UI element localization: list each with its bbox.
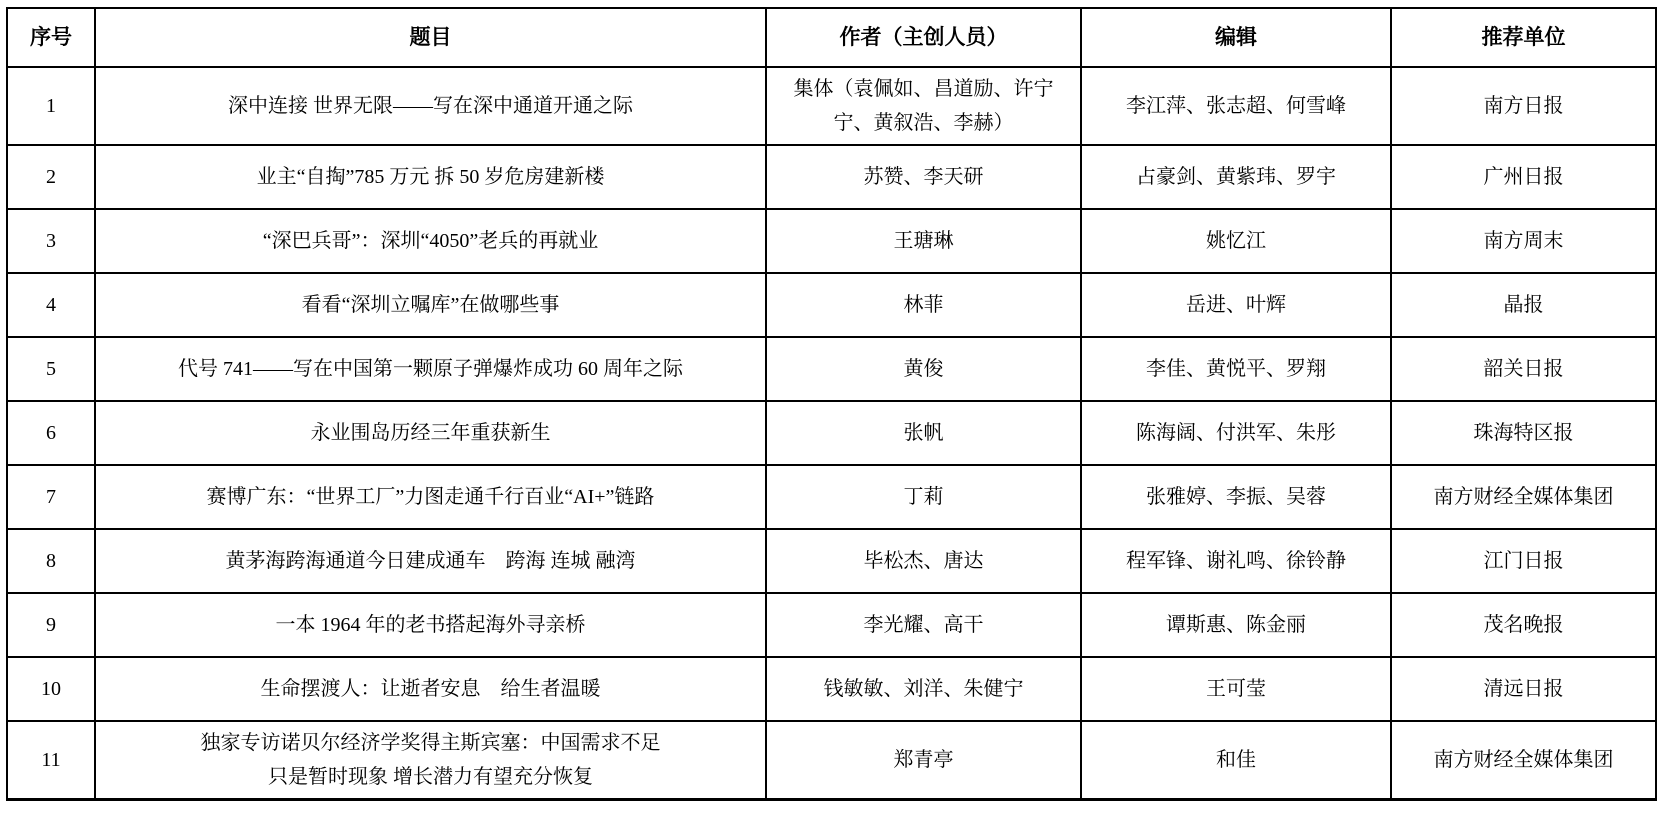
authors-cell: 集体（袁佩如、昌道励、许宁宁、黄叙浩、李赫） — [766, 67, 1081, 145]
table-row: 11独家专访诺贝尔经济学奖得主斯宾塞：中国需求不足 只是暂时现象 增长潜力有望充… — [7, 721, 1656, 800]
editors-cell: 谭斯惠、陈金丽 — [1081, 593, 1391, 657]
title-cell: “深巴兵哥”：深圳“4050”老兵的再就业 — [95, 209, 766, 273]
authors-cell: 毕松杰、唐达 — [766, 529, 1081, 593]
unit-cell: 茂名晚报 — [1391, 593, 1656, 657]
unit-cell: 南方日报 — [1391, 67, 1656, 145]
column-header-title: 题目 — [95, 8, 766, 67]
editors-cell: 李佳、黄悦平、罗翔 — [1081, 337, 1391, 401]
editors-cell: 李江萍、张志超、何雪峰 — [1081, 67, 1391, 145]
unit-cell: 江门日报 — [1391, 529, 1656, 593]
table-row: 3“深巴兵哥”：深圳“4050”老兵的再就业王瑭琳姚忆江南方周末 — [7, 209, 1656, 273]
no-cell: 6 — [7, 401, 95, 465]
recommended-works-table: 序号题目作者（主创人员）编辑推荐单位 1深中连接 世界无限——写在深中通道开通之… — [6, 7, 1657, 801]
title-cell: 一本 1964 年的老书搭起海外寻亲桥 — [95, 593, 766, 657]
no-cell: 3 — [7, 209, 95, 273]
no-cell: 1 — [7, 67, 95, 145]
table-row: 9一本 1964 年的老书搭起海外寻亲桥李光耀、高干谭斯惠、陈金丽茂名晚报 — [7, 593, 1656, 657]
editors-cell: 程军锋、谢礼鸣、徐铃静 — [1081, 529, 1391, 593]
title-cell: 生命摆渡人：让逝者安息 给生者温暖 — [95, 657, 766, 721]
table-row: 10生命摆渡人：让逝者安息 给生者温暖钱敏敏、刘洋、朱健宁王可莹清远日报 — [7, 657, 1656, 721]
editors-cell: 王可莹 — [1081, 657, 1391, 721]
editors-cell: 占豪剑、黄紫玮、罗宇 — [1081, 145, 1391, 209]
authors-cell: 郑青亭 — [766, 721, 1081, 800]
unit-cell: 韶关日报 — [1391, 337, 1656, 401]
no-cell: 5 — [7, 337, 95, 401]
column-header-unit: 推荐单位 — [1391, 8, 1656, 67]
table-row: 4看看“深圳立嘱库”在做哪些事林菲岳进、叶辉晶报 — [7, 273, 1656, 337]
authors-cell: 黄俊 — [766, 337, 1081, 401]
authors-cell: 王瑭琳 — [766, 209, 1081, 273]
unit-cell: 广州日报 — [1391, 145, 1656, 209]
authors-cell: 林菲 — [766, 273, 1081, 337]
table-header-row: 序号题目作者（主创人员）编辑推荐单位 — [7, 8, 1656, 67]
unit-cell: 晶报 — [1391, 273, 1656, 337]
title-cell: 赛博广东：“世界工厂”力图走通千行百业“AI+”链路 — [95, 465, 766, 529]
column-header-editors: 编辑 — [1081, 8, 1391, 67]
table-row: 2业主“自掏”785 万元 拆 50 岁危房建新楼苏赞、李天研占豪剑、黄紫玮、罗… — [7, 145, 1656, 209]
editors-cell: 岳进、叶辉 — [1081, 273, 1391, 337]
title-cell: 看看“深圳立嘱库”在做哪些事 — [95, 273, 766, 337]
no-cell: 8 — [7, 529, 95, 593]
no-cell: 11 — [7, 721, 95, 800]
no-cell: 10 — [7, 657, 95, 721]
title-cell: 业主“自掏”785 万元 拆 50 岁危房建新楼 — [95, 145, 766, 209]
authors-cell: 苏赞、李天研 — [766, 145, 1081, 209]
authors-cell: 张帆 — [766, 401, 1081, 465]
document-page: 序号题目作者（主创人员）编辑推荐单位 1深中连接 世界无限——写在深中通道开通之… — [0, 0, 1661, 836]
unit-cell: 南方周末 — [1391, 209, 1656, 273]
no-cell: 7 — [7, 465, 95, 529]
title-cell: 独家专访诺贝尔经济学奖得主斯宾塞：中国需求不足 只是暂时现象 增长潜力有望充分恢… — [95, 721, 766, 800]
title-cell: 黄茅海跨海通道今日建成通车 跨海 连城 融湾 — [95, 529, 766, 593]
editors-cell: 和佳 — [1081, 721, 1391, 800]
table-row: 6永业围岛历经三年重获新生张帆陈海阔、付洪军、朱彤珠海特区报 — [7, 401, 1656, 465]
table-row: 1深中连接 世界无限——写在深中通道开通之际集体（袁佩如、昌道励、许宁宁、黄叙浩… — [7, 67, 1656, 145]
title-cell: 代号 741——写在中国第一颗原子弹爆炸成功 60 周年之际 — [95, 337, 766, 401]
table-row: 7赛博广东：“世界工厂”力图走通千行百业“AI+”链路丁莉张雅婷、李振、吴蓉南方… — [7, 465, 1656, 529]
no-cell: 4 — [7, 273, 95, 337]
unit-cell: 南方财经全媒体集团 — [1391, 465, 1656, 529]
editors-cell: 张雅婷、李振、吴蓉 — [1081, 465, 1391, 529]
table-body: 1深中连接 世界无限——写在深中通道开通之际集体（袁佩如、昌道励、许宁宁、黄叙浩… — [7, 67, 1656, 800]
editors-cell: 姚忆江 — [1081, 209, 1391, 273]
title-cell: 永业围岛历经三年重获新生 — [95, 401, 766, 465]
title-cell: 深中连接 世界无限——写在深中通道开通之际 — [95, 67, 766, 145]
unit-cell: 南方财经全媒体集团 — [1391, 721, 1656, 800]
column-header-authors: 作者（主创人员） — [766, 8, 1081, 67]
unit-cell: 珠海特区报 — [1391, 401, 1656, 465]
table-row: 8黄茅海跨海通道今日建成通车 跨海 连城 融湾毕松杰、唐达程军锋、谢礼鸣、徐铃静… — [7, 529, 1656, 593]
editors-cell: 陈海阔、付洪军、朱彤 — [1081, 401, 1391, 465]
column-header-no: 序号 — [7, 8, 95, 67]
authors-cell: 丁莉 — [766, 465, 1081, 529]
authors-cell: 钱敏敏、刘洋、朱健宁 — [766, 657, 1081, 721]
table-row: 5代号 741——写在中国第一颗原子弹爆炸成功 60 周年之际黄俊李佳、黄悦平、… — [7, 337, 1656, 401]
no-cell: 2 — [7, 145, 95, 209]
authors-cell: 李光耀、高干 — [766, 593, 1081, 657]
no-cell: 9 — [7, 593, 95, 657]
unit-cell: 清远日报 — [1391, 657, 1656, 721]
